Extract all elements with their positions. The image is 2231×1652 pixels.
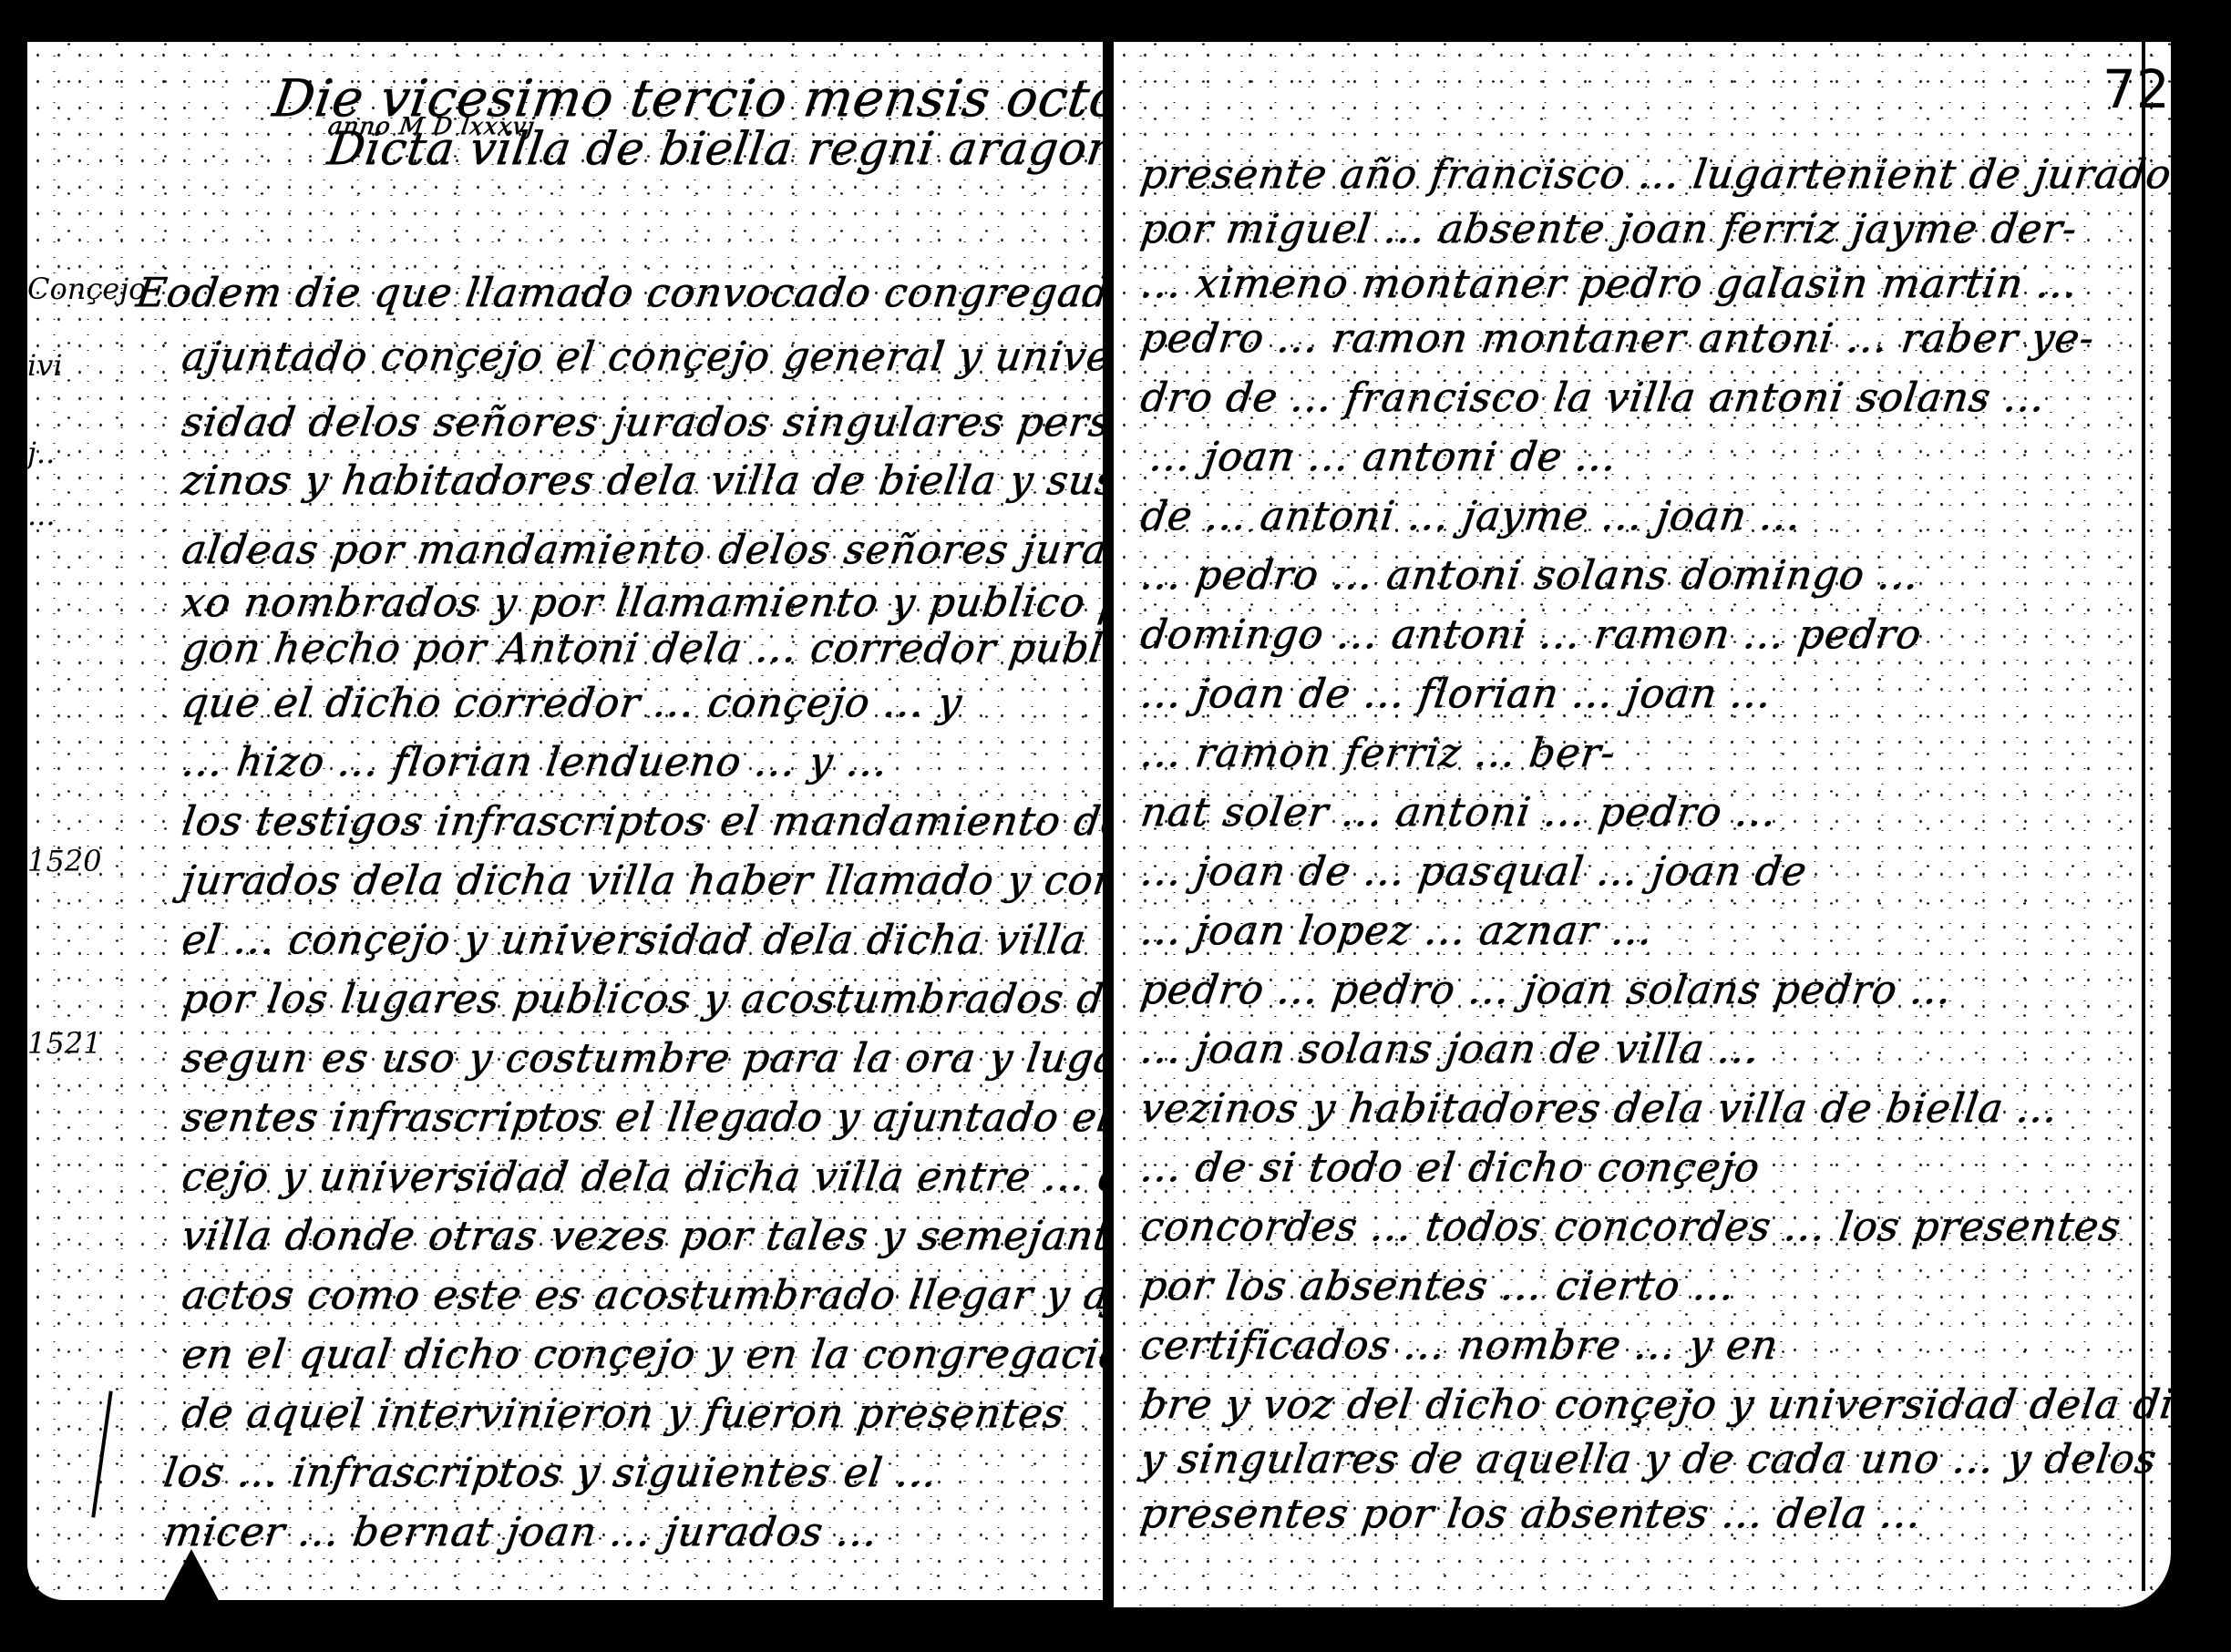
margin-note: j.. [27, 436, 55, 470]
scan-right-border [2171, 0, 2231, 1652]
text-line: bre y voz del dicho conçejo y universida… [1137, 1381, 2171, 1428]
text-line: dro de ... francisco la villa antoni sol… [1137, 375, 2048, 421]
text-line: por los absentes ... cierto ... [1137, 1263, 1737, 1309]
text-line: xo nombrados y por llamamiento y publico… [179, 580, 1103, 626]
text-line: villa donde otras vezes por tales y seme… [179, 1213, 1103, 1259]
text-line: ajuntado conçejo el conçejo general y un… [179, 333, 1103, 380]
text-line: ... ramon ferriz ... ber- [1137, 730, 1619, 776]
text-line: sidad delos señores jurados singulares p… [179, 399, 1103, 446]
page-gutter [1103, 42, 1114, 1652]
text-line: ... de si todo el dicho conçejo [1137, 1144, 1763, 1191]
text-line: en el qual dicho conçejo y en la congreg… [179, 1331, 1103, 1378]
text-line: ... joan de ... pasqual ... joan de [1137, 848, 1810, 895]
text-line: aldeas por mandamiento delos señores jur… [179, 527, 1103, 573]
text-line: domingo ... antoni ... ramon ... pedro [1137, 611, 1924, 658]
text-line: que el dicho corredor ... conçejo ... y [179, 680, 964, 726]
text-line: de aquel intervinieron y fueron presente… [179, 1390, 1067, 1437]
text-line: nat soler ... antoni ... pedro ... [1137, 789, 1779, 836]
scan-top-border [0, 0, 2231, 42]
text-line: micer ... bernat joan ... jurados ... [160, 1509, 880, 1555]
text-line: jurados dela dicha villa haber llamado y… [179, 857, 1103, 904]
text-line: los ... infrascriptos y siguientes el ..… [160, 1450, 940, 1496]
text-line: ... joan ... antoni de ... [1146, 434, 1619, 480]
text-line: ... joan solans joan de villa ... [1137, 1026, 1762, 1072]
text-line: pedro ... pedro ... joan solans pedro ..… [1137, 967, 1955, 1013]
margin-note: 1521 [27, 1026, 101, 1061]
text-line: ... joan lopez ... aznar ... [1137, 908, 1656, 954]
text-line: Eodem die que llamado convocado congrega… [133, 270, 1103, 316]
text-line: y singulares de aquella y de cada uno ..… [1137, 1436, 2159, 1483]
text-line: ... joan de ... florian ... joan ... [1137, 671, 1774, 717]
heading-line-2: Dicta villa de biella regni aragonum [324, 122, 1103, 175]
folio-number: 72 [2102, 58, 2170, 120]
text-line: el ... conçejo y universidad dela dicha … [179, 917, 1088, 963]
text-line: actos como este es acostumbrado llegar y… [179, 1272, 1103, 1319]
right-margin-rule [2142, 42, 2145, 1591]
text-line: gon hecho por Antoni dela ... corredor p… [179, 625, 1103, 672]
margin-note: ivi [27, 348, 63, 383]
manuscript-scan: Die vicesimo tercio mensis octobris in a… [0, 0, 2231, 1652]
text-line: concordes ... todos concordes ... los pr… [1137, 1204, 2123, 1250]
text-line: vezinos y habitadores dela villa de biel… [1137, 1085, 2061, 1132]
text-line: segun es uso y costumbre para la ora y l… [179, 1035, 1103, 1082]
text-line: sentes infrascriptos el llegado y ajunta… [179, 1094, 1103, 1141]
left-page: Die vicesimo tercio mensis octobris in a… [27, 42, 1103, 1600]
margin-bracket [91, 1390, 112, 1517]
text-line: presente año francisco ... lugartenient … [1137, 151, 2171, 198]
text-line: certificados ... nombre ... y en [1137, 1322, 1781, 1369]
text-line: por los lugares publicos y acostumbrados… [179, 976, 1103, 1022]
text-line: zinos y habitadores dela villa de biella… [179, 457, 1103, 504]
margin-note: Conçejo [27, 272, 146, 306]
margin-note: ... [27, 498, 56, 532]
right-page: 72 presente año francisco ... lugartenie… [1114, 42, 2171, 1607]
text-line: los testigos infrascriptos el mandamient… [179, 798, 1103, 845]
text-line: ... hizo ... florian lendueno ... y ... [179, 739, 890, 785]
text-line: ... pedro ... antoni solans domingo ... [1137, 552, 1922, 599]
text-line: cejo y universidad dela dicha villa entr… [179, 1154, 1103, 1200]
margin-note: 1520 [27, 844, 101, 878]
text-line: ... ximeno montaner pedro galasin martin… [1137, 261, 2081, 307]
text-line: por miguel ... absente joan ferriz jayme… [1137, 206, 2080, 252]
text-line: presentes por los absentes ... dela ... [1137, 1491, 1925, 1537]
text-line: de ... antoni ... jayme ... joan ... [1137, 493, 1804, 539]
text-line: pedro ... ramon montaner antoni ... rabe… [1137, 315, 2097, 362]
